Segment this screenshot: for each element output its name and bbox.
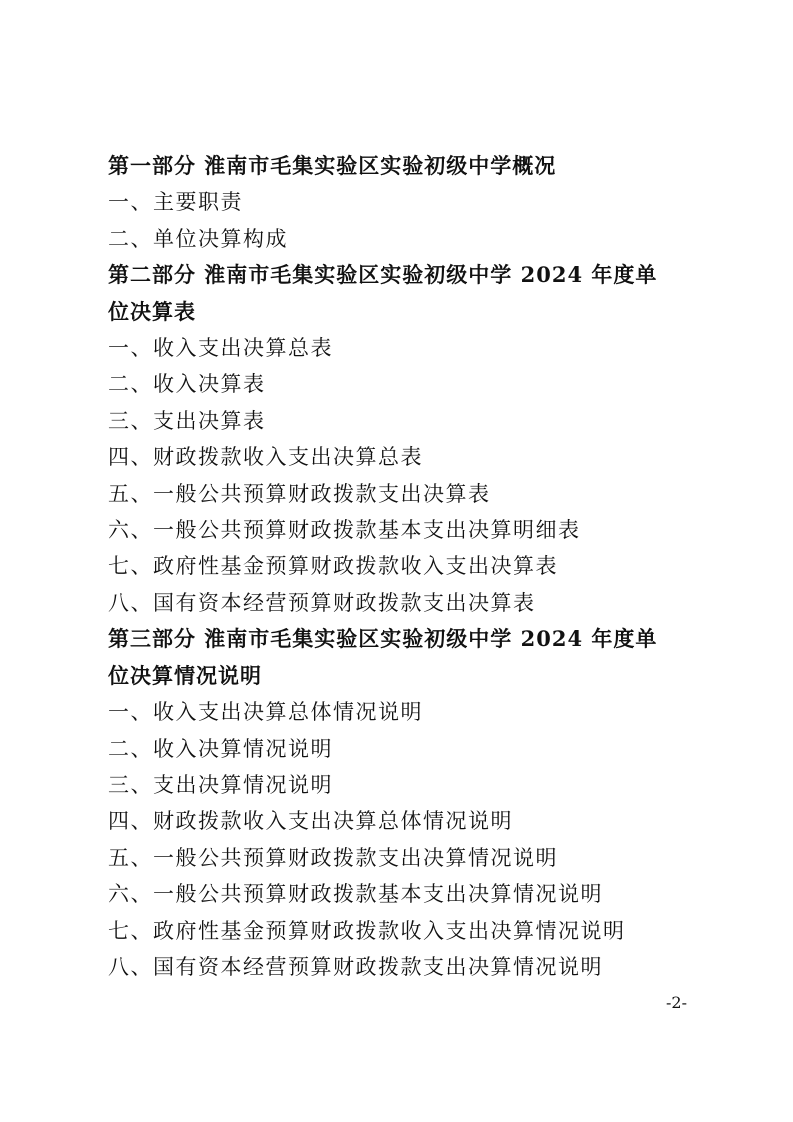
toc-item: 八、国有资本经营预算财政拨款支出决算情况说明 <box>108 949 708 985</box>
toc-item: 六、一般公共预算财政拨款基本支出决算情况说明 <box>108 876 708 912</box>
toc-item: 一、主要职责 <box>108 184 708 220</box>
page-number: -2- <box>666 993 687 1012</box>
toc-item: 六、一般公共预算财政拨款基本支出决算明细表 <box>108 512 708 548</box>
toc-item: 七、政府性基金预算财政拨款收入支出决算表 <box>108 548 708 584</box>
toc-item: 二、收入决算表 <box>108 366 708 402</box>
toc-item: 二、单位决算构成 <box>108 221 708 257</box>
section-2-heading: 第二部分 淮南市毛集实验区实验初级中学 2024 年度单 <box>108 257 708 293</box>
toc-item: 五、一般公共预算财政拨款支出决算表 <box>108 476 708 512</box>
section-3-heading-cont: 位决算情况说明 <box>108 658 708 694</box>
toc-item: 五、一般公共预算财政拨款支出决算情况说明 <box>108 840 708 876</box>
toc-item: 三、支出决算表 <box>108 403 708 439</box>
toc-item: 一、收入支出决算总表 <box>108 330 708 366</box>
toc-item: 一、收入支出决算总体情况说明 <box>108 694 708 730</box>
section-1-heading: 第一部分 淮南市毛集实验区实验初级中学概况 <box>108 148 708 184</box>
toc-item: 七、政府性基金预算财政拨款收入支出决算情况说明 <box>108 913 708 949</box>
section-2-heading-cont: 位决算表 <box>108 294 708 330</box>
section-3-heading: 第三部分 淮南市毛集实验区实验初级中学 2024 年度单 <box>108 621 708 657</box>
toc-item: 二、收入决算情况说明 <box>108 731 708 767</box>
toc-item: 三、支出决算情况说明 <box>108 767 708 803</box>
table-of-contents: 第一部分 淮南市毛集实验区实验初级中学概况 一、主要职责 二、单位决算构成 第二… <box>108 148 708 985</box>
toc-item: 八、国有资本经营预算财政拨款支出决算表 <box>108 585 708 621</box>
toc-item: 四、财政拨款收入支出决算总体情况说明 <box>108 803 708 839</box>
toc-item: 四、财政拨款收入支出决算总表 <box>108 439 708 475</box>
